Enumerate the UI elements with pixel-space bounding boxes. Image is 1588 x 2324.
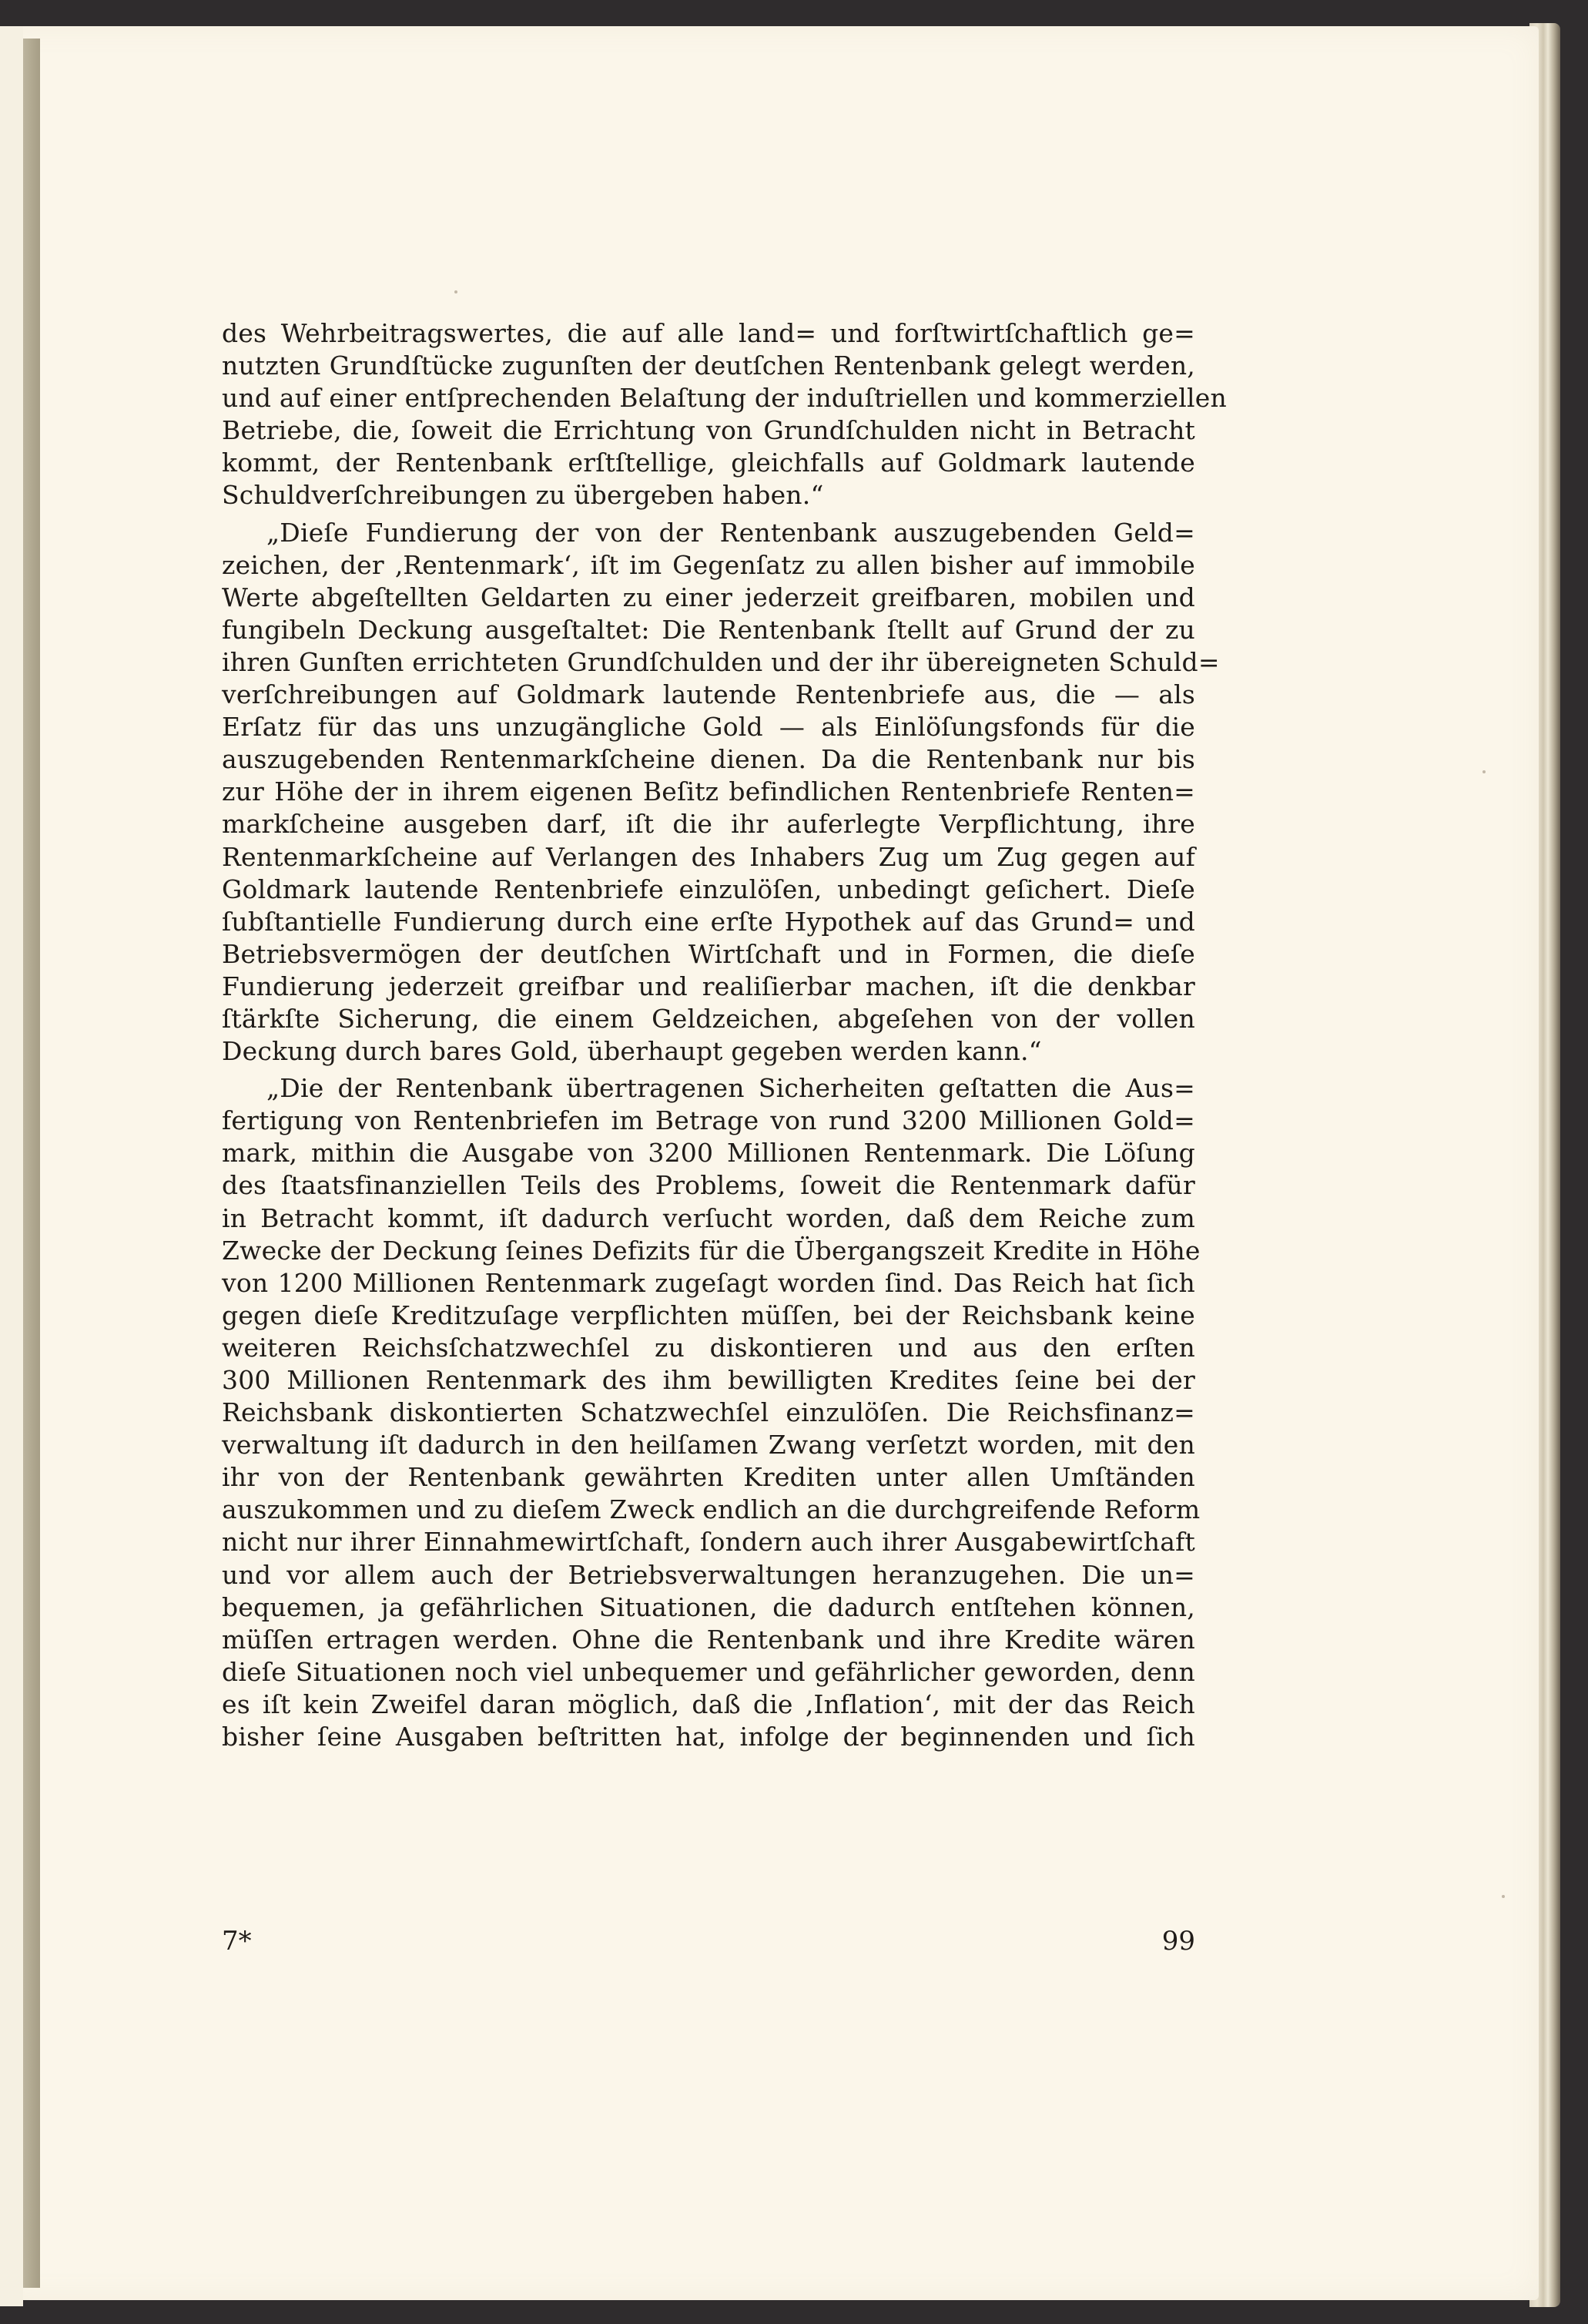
- paper-speck: [1482, 770, 1486, 773]
- paper-speck: [1502, 1895, 1505, 1898]
- text-line: in Betracht kommt, iſt dadurch verſucht …: [222, 1202, 1195, 1235]
- text-line: ſubſtantielle Fundierung durch eine erſt…: [222, 906, 1195, 938]
- text-line: nutzten Grundſtücke zugunſten der deutſc…: [222, 350, 1195, 382]
- text-line: verwaltung iſt dadurch in den heilſamen …: [222, 1429, 1195, 1461]
- paragraph-1: des Wehrbeitragswertes, die auf alle lan…: [222, 317, 1195, 512]
- text-line: von 1200 Millionen Rentenmark zugeſagt w…: [222, 1267, 1195, 1299]
- text-line: verſchreibungen auf Goldmark lautende Re…: [222, 679, 1195, 711]
- text-line: es iſt kein Zweifel daran möglich, daß d…: [222, 1689, 1195, 1721]
- text-line: Erſatz für das uns unzugängliche Gold — …: [222, 711, 1195, 743]
- text-line: dieſe Situationen noch viel unbequemer u…: [222, 1656, 1195, 1689]
- signature-mark: 7*: [222, 1926, 252, 1957]
- text-line: mark, mithin die Ausgabe von 3200 Millio…: [222, 1137, 1195, 1169]
- text-line: Reichsbank diskontierten Schatzwechſel e…: [222, 1397, 1195, 1429]
- text-line: des ſtaatsfinanziellen Teils des Problem…: [222, 1169, 1195, 1202]
- text-line: müſſen ertragen werden. Ohne die Rentenb…: [222, 1624, 1195, 1656]
- text-line: des Wehrbeitragswertes, die auf alle lan…: [222, 317, 1195, 350]
- text-line: Betriebe, die, ſoweit die Errichtung von…: [222, 414, 1195, 447]
- text-line: bequemen, ja gefährlichen Situationen, d…: [222, 1591, 1195, 1624]
- text-line: Betriebsvermögen der deutſchen Wirtſchaf…: [222, 938, 1195, 971]
- text-line: nicht nur ihrer Einnahmewirtſchaft, ſond…: [222, 1526, 1195, 1558]
- text-line: ihr von der Rentenbank gewährten Kredite…: [222, 1461, 1195, 1494]
- paragraph-3: „Die der Rentenbank übertragenen Sicherh…: [222, 1072, 1195, 1753]
- text-line: Goldmark lautende Rentenbriefe einzulöſe…: [222, 874, 1195, 906]
- text-line: markſcheine ausgeben darf, iſt die ihr a…: [222, 808, 1195, 840]
- text-line: kommt, der Rentenbank erſtſtellige, glei…: [222, 447, 1195, 479]
- binding-gutter: [23, 39, 40, 2288]
- text-line: fungibeln Deckung ausgeſtaltet: Die Rent…: [222, 614, 1195, 646]
- text-line: 300 Millionen Rentenmark des ihm bewilli…: [222, 1364, 1195, 1397]
- text-line: auszugebenden Rentenmarkſcheine dienen. …: [222, 743, 1195, 776]
- text-line: Schuldverſchreibungen zu übergeben haben…: [222, 479, 1195, 511]
- page-number: 99: [1162, 1926, 1195, 1957]
- text-line: Deckung durch bares Gold, überhaupt gege…: [222, 1035, 1195, 1068]
- text-line: Rentenmarkſcheine auf Verlangen des Inha…: [222, 841, 1195, 874]
- text-line: „Dieſe Fundierung der von der Rentenbank…: [222, 517, 1195, 549]
- text-line: fertigung von Rentenbriefen im Betrage v…: [222, 1105, 1195, 1137]
- text-line: zur Höhe der in ihrem eigenen Beſitz bef…: [222, 776, 1195, 808]
- body-text: des Wehrbeitragswertes, die auf alle lan…: [222, 317, 1195, 1753]
- text-line: gegen dieſe Kreditzuſage verpflichten mü…: [222, 1299, 1195, 1332]
- text-line: Zwecke der Deckung ſeines Defizits für d…: [222, 1235, 1195, 1267]
- text-line: bisher ſeine Ausgaben beſtritten hat, in…: [222, 1721, 1195, 1753]
- text-line: zeichen, der ‚Rentenmark‘, iſt im Gegenſ…: [222, 549, 1195, 582]
- text-line: und auf einer entſprechenden Belaſtung d…: [222, 382, 1195, 414]
- text-line: und vor allem auch der Betriebsverwaltun…: [222, 1559, 1195, 1591]
- text-line: Fundierung jederzeit greifbar und realiſ…: [222, 971, 1195, 1003]
- paragraph-2: „Dieſe Fundierung der von der Rentenbank…: [222, 517, 1195, 1068]
- text-line: „Die der Rentenbank übertragenen Sicherh…: [222, 1072, 1195, 1105]
- text-line: Werte abgeſtellten Geldarten zu einer je…: [222, 582, 1195, 614]
- page-footer: 7* 99: [222, 1926, 1195, 1964]
- text-line: ſtärkſte Sicherung, die einem Geldzeiche…: [222, 1003, 1195, 1035]
- facing-page-sliver: [0, 26, 23, 2306]
- text-line: weiteren Reichsſchatzwechſel zu diskonti…: [222, 1332, 1195, 1364]
- text-line: auszukommen und zu dieſem Zweck endlich …: [222, 1494, 1195, 1526]
- text-line: ihren Gunſten errichteten Grundſchulden …: [222, 646, 1195, 679]
- paper-speck: [454, 290, 457, 293]
